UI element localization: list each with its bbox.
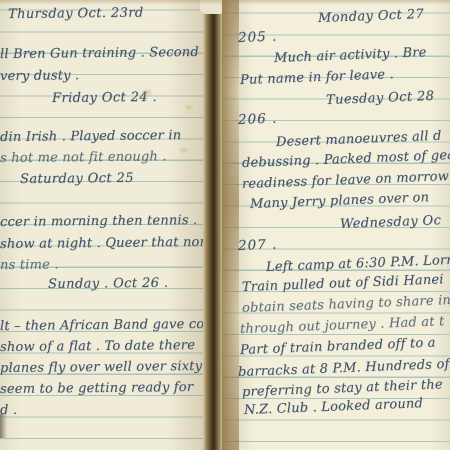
ink-smudge [0, 414, 7, 438]
handwritten-line: ns time . [0, 258, 59, 272]
date-heading: Monday Oct 27 [318, 8, 425, 25]
date-heading: Sunday . Oct 26 . [48, 277, 169, 291]
date-heading: Thursday Oct. 23rd [8, 7, 144, 21]
entry-number: 206 . [238, 112, 278, 127]
handwritten-line: ll Bren Gun training . Second offensive [0, 45, 204, 61]
date-heading: Saturday Oct 25 [20, 172, 134, 186]
handwritten-line: din Irish . Played soccer in [0, 129, 181, 144]
left-page: Thursday Oct. 23rd ll Bren Gun training … [0, 0, 204, 450]
handwritten-line: lt – then African Band gave concert [0, 317, 204, 333]
handwritten-line: planes fly over well over sixty in [0, 360, 204, 375]
entry-number: 207 . [238, 238, 278, 253]
torn-page-edge [222, 0, 239, 450]
page-top-edge [0, 0, 450, 5]
paper-stain [140, 88, 154, 97]
handwritten-line: ccer in morning then tennis . [0, 214, 197, 229]
entry-number: 205 . [238, 30, 278, 45]
paper-stain [178, 146, 190, 154]
handwritten-line: seem to be getting ready for [0, 381, 193, 396]
date-heading: Tuesday Oct 28 [326, 90, 435, 107]
paper-stain [184, 104, 194, 111]
handwritten-line: very dusty . [0, 69, 79, 83]
handwritten-line: show of a flat . To date there [0, 339, 195, 354]
binding-tape [203, 0, 223, 450]
right-page: Monday Oct 27 205 . Much air activity . … [222, 0, 450, 450]
diary-photo: Thursday Oct. 23rd ll Bren Gun training … [0, 0, 450, 450]
date-heading: Wednesday Oc [340, 214, 442, 231]
handwritten-line: s hot me not fit enough . [0, 150, 167, 165]
handwritten-line: show at night . Queer that none of [0, 236, 204, 251]
